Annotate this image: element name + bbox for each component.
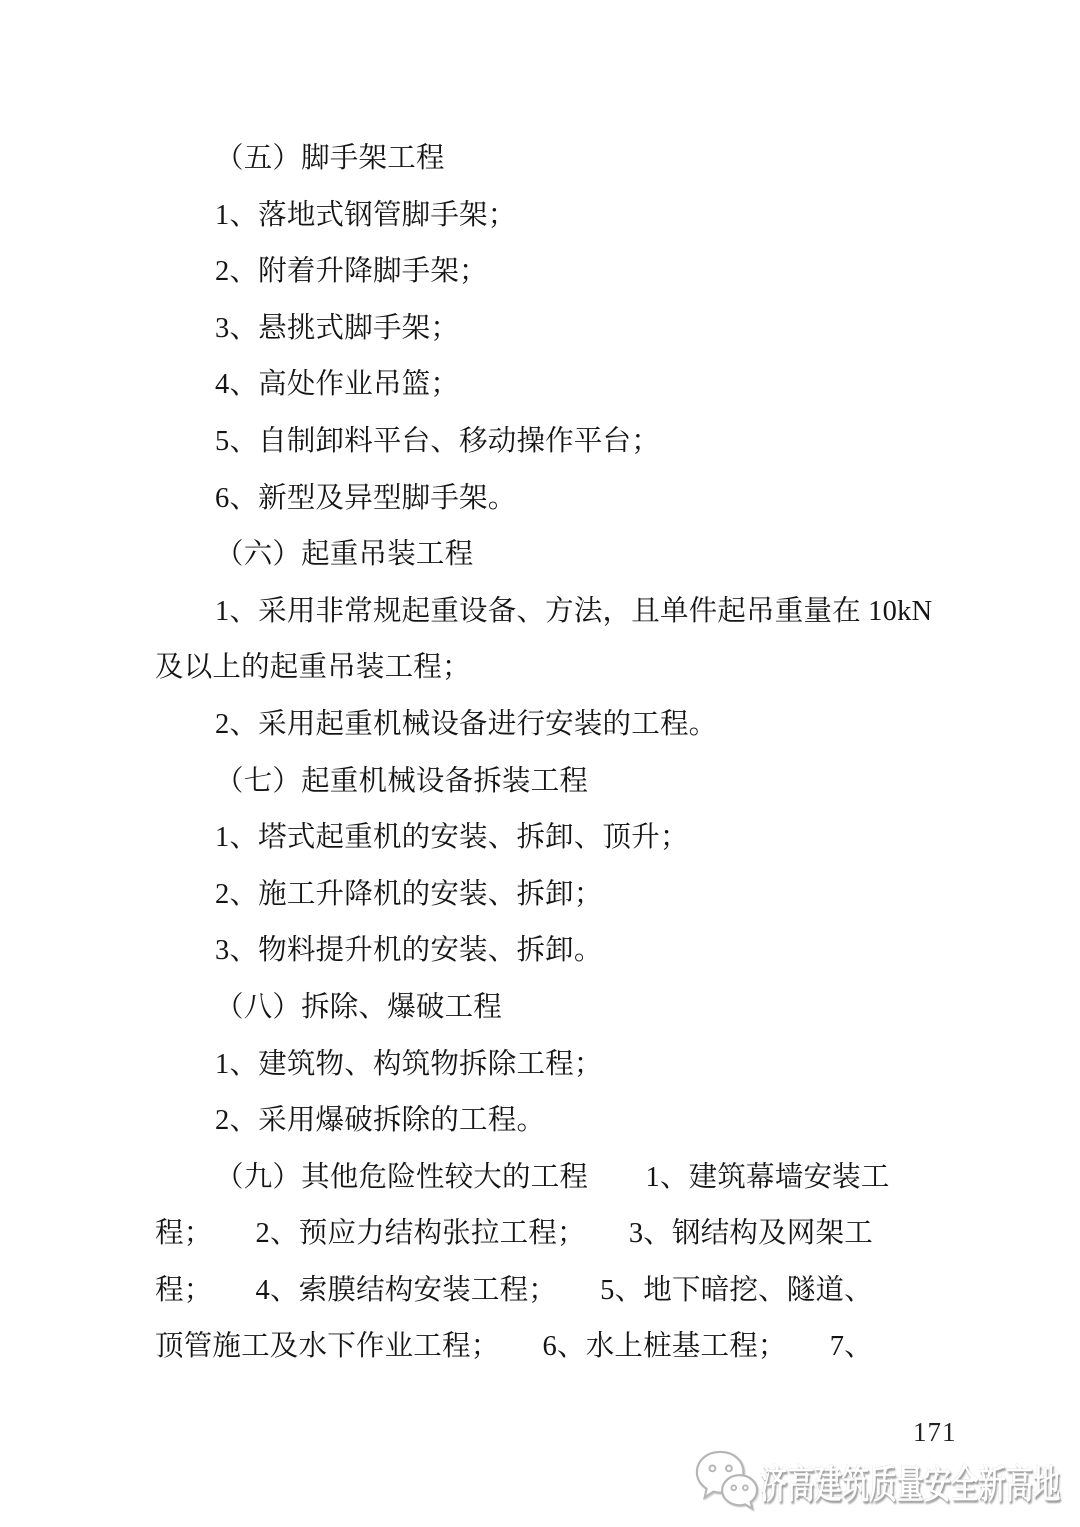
watermark: 济高建筑质量安全新高地: [694, 1448, 1080, 1516]
document-page: （五）脚手架工程 1、落地式钢管脚手架； 2、附着升降脚手架； 3、悬挑式脚手架…: [0, 0, 1080, 1527]
doc-line: （七）起重机械设备拆装工程: [155, 754, 945, 811]
doc-line: 3、物料提升机的安装、拆卸。: [155, 923, 945, 980]
doc-line: 顶管施工及水下作业工程； 6、水上桩基工程； 7、: [155, 1319, 945, 1376]
doc-line: 及以上的起重吊装工程；: [155, 640, 945, 697]
doc-line: 2、采用起重机械设备进行安装的工程。: [155, 697, 945, 754]
doc-line: 1、塔式起重机的安装、拆卸、顶升；: [155, 810, 945, 867]
doc-line: 程； 4、索膜结构安装工程； 5、地下暗挖、隧道、: [155, 1263, 945, 1320]
doc-line: 1、落地式钢管脚手架；: [155, 188, 945, 245]
doc-line: 4、高处作业吊篮；: [155, 357, 945, 414]
doc-line: 2、采用爆破拆除的工程。: [155, 1093, 945, 1150]
document-body: （五）脚手架工程 1、落地式钢管脚手架； 2、附着升降脚手架； 3、悬挑式脚手架…: [155, 131, 945, 1376]
doc-line: 程； 2、预应力结构张拉工程； 3、钢结构及网架工: [155, 1206, 945, 1263]
doc-line: （五）脚手架工程: [155, 131, 945, 188]
doc-line: 2、附着升降脚手架；: [155, 244, 945, 301]
doc-line: 1、建筑物、构筑物拆除工程；: [155, 1037, 945, 1094]
doc-line: （九）其他危险性较大的工程 1、建筑幕墙安装工: [155, 1150, 945, 1207]
doc-line: （六）起重吊装工程: [155, 527, 945, 584]
doc-line: 2、施工升降机的安装、拆卸；: [155, 867, 945, 924]
doc-line: 5、自制卸料平台、移动操作平台；: [155, 414, 945, 471]
wechat-icon: [694, 1448, 758, 1516]
page-number: 171: [913, 1417, 957, 1448]
doc-line: 3、悬挑式脚手架；: [155, 301, 945, 358]
doc-line: 6、新型及异型脚手架。: [155, 471, 945, 528]
watermark-text: 济高建筑质量安全新高地: [760, 1454, 1060, 1510]
doc-line: 1、采用非常规起重设备、方法，且单件起吊重量在 10kN: [155, 584, 945, 641]
doc-line: （八）拆除、爆破工程: [155, 980, 945, 1037]
